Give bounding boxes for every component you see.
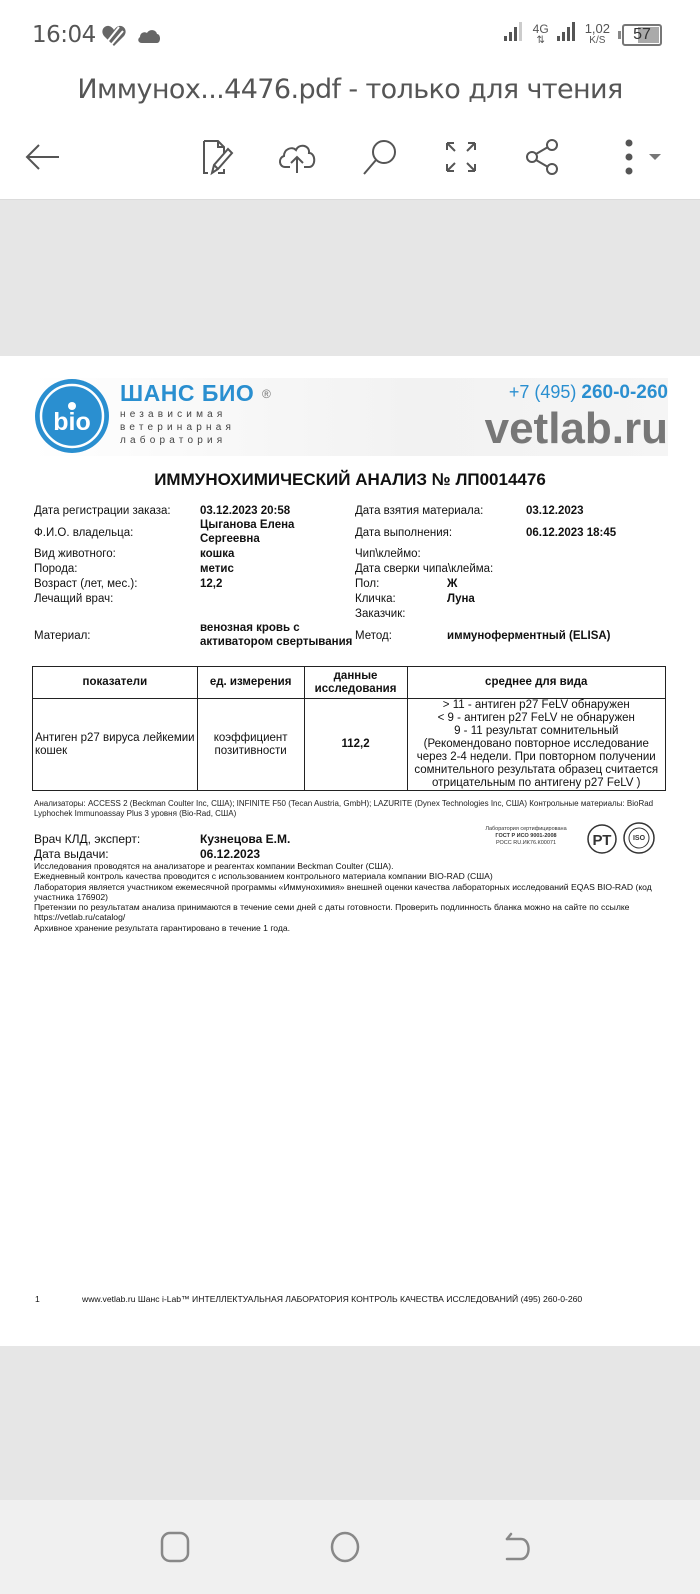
field-label: Возраст (лет, мес.): [34, 577, 137, 591]
reference-line: 9 - 11 результат сомнительный [408, 725, 666, 738]
registered-mark: ® [262, 387, 271, 401]
note-line: Исследования проводятся на анализаторе и… [34, 861, 664, 871]
analyzers-note: Анализаторы: ACCESS 2 (Beckman Coulter I… [34, 799, 664, 819]
cert-line: ГОСТ Р ИСО 9001-2008 [470, 833, 582, 840]
speed-value: 1,02 [585, 23, 610, 35]
field-value: 03.12.2023 20:58 [200, 504, 290, 518]
more-icon [615, 137, 665, 177]
note-line: Претензии по результатам анализа принима… [34, 902, 664, 923]
cloud-upload-icon [276, 139, 318, 175]
document-title: Иммунох...4476.pdf - только для чтения [0, 70, 700, 120]
field-value: 06.12.2023 18:45 [526, 526, 616, 540]
recent-apps-icon [159, 1531, 191, 1563]
network-speed: 1,02 K/S [585, 23, 610, 47]
toolbar [0, 120, 700, 200]
fullscreen-button[interactable] [436, 132, 486, 182]
field-label: Заказчик: [355, 607, 405, 621]
back-nav-button[interactable] [492, 1522, 542, 1572]
field-value: венозная кровь с активатором свертывания [200, 621, 355, 649]
svg-text:ISO: ISO [633, 835, 646, 842]
reference-line: < 9 - антиген р27 FeLV не обнаружен [408, 712, 666, 725]
reference-line: отрицательным по антигену р27 FeLV ) [408, 777, 666, 790]
field-label: Порода: [34, 562, 78, 576]
home-icon [329, 1531, 361, 1563]
cloud-icon [137, 28, 161, 49]
cert-line: Лаборатория сертифицирована [470, 826, 582, 833]
value-cell: 112,2 [304, 699, 407, 791]
letterhead: bio ШАНС БИО ® независимая ветеринарная … [32, 378, 668, 456]
phone-number: 260-0-260 [581, 382, 668, 403]
pct-mark-icon: РТ [586, 823, 622, 855]
field-value: 03.12.2023 [526, 504, 584, 518]
table-row: Антиген р27 вируса лейкемии кошек коэффи… [33, 699, 666, 791]
expert-name: Кузнецова Е.М. [200, 832, 290, 846]
table-header-row: показатели ед. измерения данные исследов… [33, 667, 666, 699]
page-number: 1 [35, 1294, 40, 1304]
field-value: Цыганова Елена Сергеевна [200, 518, 320, 546]
data-arrows-icon: ⇅ [536, 35, 544, 46]
field-label: Чип\клеймо: [355, 547, 421, 561]
signal-icon [503, 22, 525, 47]
reference-line: (Рекомендовано повторное исследование [408, 738, 666, 751]
expert-label: Врач КЛД, эксперт: [34, 832, 140, 846]
indicator-cell: Антиген р27 вируса лейкемии кошек [33, 699, 198, 791]
home-button[interactable] [320, 1522, 370, 1572]
signal-4g-icon [557, 22, 577, 47]
field-label: Дата выполнения: [355, 526, 452, 540]
brand-subtitle: независимая ветеринарная лаборатория [120, 408, 235, 447]
edit-button[interactable] [192, 132, 242, 182]
field-value: 12,2 [200, 577, 222, 591]
column-header: показатели [33, 667, 198, 699]
unit-cell: коэффициент позитивности [197, 699, 304, 791]
field-label: Метод: [355, 629, 392, 643]
field-label: Пол: [355, 577, 379, 591]
brand-subtitle-line: ветеринарная [120, 421, 235, 434]
brand-subtitle-line: лаборатория [120, 434, 235, 447]
share-icon [524, 137, 562, 177]
results-table: показатели ед. измерения данные исследов… [32, 666, 666, 791]
field-label: Материал: [34, 629, 91, 643]
page-footer: www.vetlab.ru Шанс i-Lab™ ИНТЕЛЛЕКТУАЛЬН… [82, 1294, 582, 1304]
column-header: среднее для вида [407, 667, 666, 699]
reference-line: через 2-4 недели. При повторном получени… [408, 751, 666, 764]
network-type: 4G ⇅ [533, 24, 549, 46]
network-type-label: 4G [533, 24, 549, 35]
svg-text:bio: bio [53, 408, 91, 436]
fullscreen-icon [443, 139, 479, 175]
field-value: Луна [447, 592, 475, 606]
column-header: ед. измерения [197, 667, 304, 699]
column-header: данные исследования [304, 667, 407, 699]
field-label: Вид животного: [34, 547, 116, 561]
status-time: 16:04 [32, 22, 96, 48]
iso-mark-icon: ISO [623, 822, 655, 854]
brand-subtitle-line: независимая [120, 408, 235, 421]
phone-prefix: +7 (495) [509, 382, 577, 402]
back-button[interactable] [18, 132, 68, 182]
speed-unit: K/S [589, 35, 605, 47]
upload-button[interactable] [272, 132, 322, 182]
field-label: Кличка: [355, 592, 396, 606]
svg-text:РТ: РТ [593, 832, 612, 849]
issue-date-label: Дата выдачи: [34, 847, 109, 861]
reference-cell: > 11 - антиген р27 FeLV обнаружен < 9 - … [407, 699, 666, 791]
field-label: Дата взятия материала: [355, 504, 483, 518]
note-line: Лаборатория является участником ежемесяч… [34, 882, 664, 903]
reference-line: > 11 - антиген р27 FeLV обнаружен [408, 699, 666, 712]
bio-logo: bio [34, 378, 110, 454]
field-value: иммуноферментный (ELISA) [447, 629, 611, 643]
edit-document-icon [198, 137, 236, 177]
site-name: vetlab.ru [485, 404, 668, 454]
recent-apps-button[interactable] [150, 1522, 200, 1572]
search-icon [360, 137, 400, 177]
battery-icon: 57 [622, 24, 662, 46]
notes: Исследования проводятся на анализаторе и… [34, 861, 664, 933]
note-line: Архивное хранение результата гарантирова… [34, 923, 664, 933]
field-label: Дата регистрации заказа: [34, 504, 171, 518]
issue-date: 06.12.2023 [200, 847, 260, 861]
lab-phone: +7 (495) 260-0-260 [509, 382, 668, 404]
cert-line: РОСС RU.ИК76.К00071 [470, 840, 582, 847]
note-line: Ежедневный контроль качества проводится … [34, 871, 664, 881]
field-label: Лечащий врач: [34, 592, 113, 606]
field-value: Ж [447, 577, 457, 591]
search-button[interactable] [355, 132, 405, 182]
brand-name: ШАНС БИО [120, 380, 254, 407]
certification-text: Лаборатория сертифицирована ГОСТ Р ИСО 9… [470, 826, 582, 847]
field-value: кошка [200, 547, 234, 561]
back-arrow-icon [23, 142, 63, 172]
status-bar: 16:04 4G ⇅ 1,02 K/S 57 [0, 0, 700, 70]
more-button[interactable] [610, 132, 670, 182]
pdf-page[interactable]: bio ШАНС БИО ® независимая ветеринарная … [0, 356, 700, 1346]
field-label: Дата сверки чипа\клейма: [355, 562, 493, 576]
heart-icon [101, 24, 127, 53]
back-icon [501, 1531, 533, 1563]
field-value: метис [200, 562, 234, 576]
share-button[interactable] [518, 132, 568, 182]
battery-level: 57 [624, 26, 660, 44]
reference-line: сомнительного результата образец считает… [408, 764, 666, 777]
analysis-title: ИММУНОХИМИЧЕСКИЙ АНАЛИЗ № ЛП0014476 [0, 470, 700, 490]
navigation-bar [0, 1500, 700, 1594]
field-label: Ф.И.О. владельца: [34, 526, 133, 540]
